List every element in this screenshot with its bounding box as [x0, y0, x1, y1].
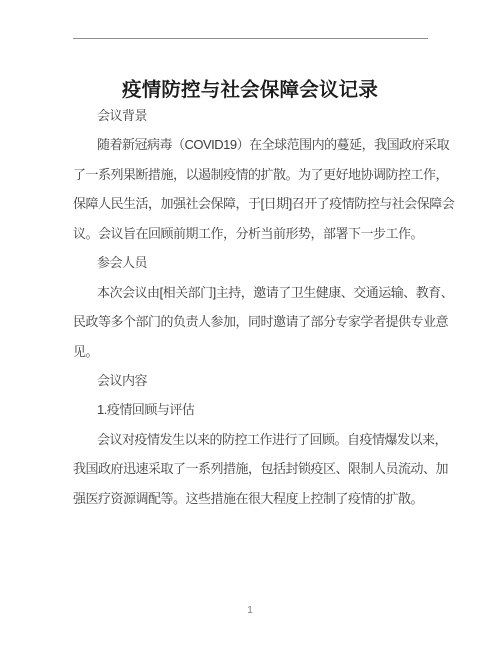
paragraph-line: 民政等多个部门的负责人参加，同时邀请了部分专家学者提供专业意: [73, 307, 453, 336]
page-number: 1: [0, 604, 500, 618]
document-page: 疫情防控与社会保障会议记录 会议背景 随着新冠病毒（COVID19）在全球范围内…: [0, 0, 500, 647]
paragraph-line: 本次会议由[相关部门]主持，邀请了卫生健康、交通运输、教育、: [73, 278, 453, 307]
paragraph-line: 见。: [73, 337, 453, 366]
header-divider-rule: [73, 38, 428, 39]
paragraph-line: 议。会议旨在回顾前期工作，分析当前形势，部署下一步工作。: [73, 219, 453, 248]
paragraph-line: 保障人民生活，加强社会保障，于[日期]召开了疫情防控与社会保障会: [73, 189, 453, 218]
heading-meeting-content: 会议内容: [73, 366, 453, 395]
paragraph-line: 了一系列果断措施，以遏制疫情的扩散。为了更好地协调防控工作，: [73, 160, 453, 189]
paragraph-line: 会议对疫情发生以来的防控工作进行了回顾。自疫情爆发以来，: [73, 425, 453, 454]
heading-attendees: 参会人员: [73, 248, 453, 277]
paragraph-line: 随着新冠病毒（COVID19）在全球范围内的蔓延，我国政府采取: [73, 130, 453, 159]
heading-epidemic-review: 1.疫情回顾与评估: [73, 395, 453, 424]
paragraph-line: 我国政府迅速采取了一系列措施，包括封锁疫区、限制人员流动、加: [73, 454, 453, 483]
heading-meeting-background: 会议背景: [73, 101, 453, 130]
document-body: 会议背景 随着新冠病毒（COVID19）在全球范围内的蔓延，我国政府采取 了一系…: [73, 101, 453, 513]
paragraph-line: 强医疗资源调配等。这些措施在很大程度上控制了疫情的扩散。: [73, 484, 453, 513]
